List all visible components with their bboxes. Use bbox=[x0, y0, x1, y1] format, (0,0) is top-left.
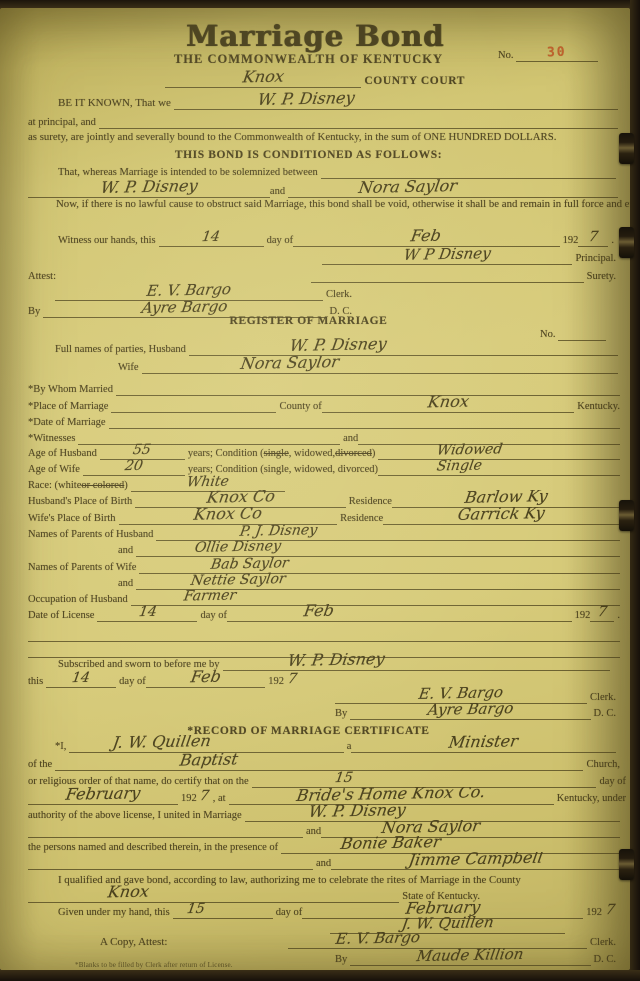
minister-name-handwritten: J. W. Quillen bbox=[111, 735, 211, 750]
husband-mother-row: and Ollie Disney bbox=[118, 539, 620, 557]
ceremony-year-handwritten: 7 bbox=[199, 789, 210, 803]
husband-residence-field: Barlow Ky bbox=[392, 490, 620, 508]
minister-name-field: J. W. Quillen bbox=[69, 735, 343, 753]
bond-year-handwritten: 7 bbox=[588, 230, 599, 244]
minister-title-handwritten: Minister bbox=[448, 735, 519, 750]
husband-father-handwritten: P. J. Disney bbox=[238, 523, 317, 539]
certificate-deputy-signature: Maude Killion bbox=[416, 948, 525, 963]
certificate-by-label: By bbox=[335, 954, 350, 966]
principal-signature: W P Disney bbox=[403, 247, 492, 262]
document-photo: Marriage Bond No. 30 THE COMMONWEALTH OF… bbox=[0, 0, 640, 981]
sworn-row: Subscribed and sworn to before me by W. … bbox=[58, 653, 610, 671]
county-court-row: Knox COUNTY COURT bbox=[165, 70, 465, 88]
principal-signature-row: W P Disney Principal. bbox=[322, 247, 616, 265]
surety-clause-row: as surety, are jointly and severally bou… bbox=[28, 126, 622, 144]
form-title: Marriage Bond bbox=[186, 19, 444, 53]
commonwealth-heading: THE COMMONWEALTH OF KENTUCKY bbox=[174, 52, 446, 68]
binder-tab bbox=[619, 227, 634, 258]
husband-mother-handwritten: Ollie Disney bbox=[194, 539, 282, 555]
ceremony-day-handwritten: 15 bbox=[334, 771, 354, 785]
register-dc-label: D. C. bbox=[591, 708, 616, 720]
wife-name-row: Wife Nora Saylor bbox=[118, 356, 618, 374]
groom-handwritten: W. P. Disney bbox=[99, 179, 198, 195]
witness-label: Witness our hands, this bbox=[58, 235, 159, 247]
denomination-field: Baptist bbox=[55, 753, 583, 771]
register-by-label: By bbox=[335, 708, 350, 720]
ceremony-place-field: Bride's Home Knox Co. bbox=[229, 787, 554, 805]
wife-father-handwritten: Bab Saylor bbox=[210, 556, 290, 572]
husband-birthplace-field: Knox Co bbox=[135, 490, 346, 508]
certificate-groom-handwritten: W. P. Disney bbox=[308, 804, 407, 819]
ceremony-month-handwritten: February bbox=[65, 787, 142, 802]
binder-tab bbox=[619, 849, 634, 880]
certify-row: or religious order of that name, do cert… bbox=[28, 770, 626, 788]
principal-name-handwritten: W. P. Disney bbox=[256, 92, 355, 107]
wife-name-handwritten: Nora Saylor bbox=[240, 356, 340, 371]
bond-clerk-signature: E. V. Bargo bbox=[146, 283, 232, 298]
witness2-row: and Jimme Campbell bbox=[28, 852, 620, 870]
witness1-handwritten: Bonie Baker bbox=[340, 836, 442, 851]
wife-label: Wife bbox=[118, 362, 142, 374]
certificate-bride-handwritten: Nora Saylor bbox=[380, 820, 480, 835]
race-handwritten: White bbox=[186, 475, 230, 490]
bond-day-field: 14 bbox=[159, 229, 264, 247]
bond-month-handwritten: Feb bbox=[410, 229, 442, 243]
sworn-year-prefix: 192 bbox=[265, 676, 284, 688]
license-period: . bbox=[614, 610, 620, 622]
given-month-handwritten: February bbox=[404, 901, 481, 916]
sworn-this-label: this bbox=[28, 676, 46, 688]
certificate-deputy-row: By Maude Killion D. C. bbox=[335, 948, 616, 966]
wife-name-field: Nora Saylor bbox=[142, 356, 618, 374]
attest-label: Attest: bbox=[28, 271, 59, 283]
given-year-prefix: 192 bbox=[583, 907, 602, 919]
full-names-label: Full names of parties, Husband bbox=[55, 344, 189, 356]
photo-edge-bottom bbox=[0, 970, 640, 981]
license-year-handwritten: 7 bbox=[597, 605, 608, 619]
given-day-handwritten: 15 bbox=[186, 902, 206, 916]
register-clerk-signature: E. V. Bargo bbox=[418, 686, 504, 701]
attest-surety-row: Attest: Surety. bbox=[28, 265, 616, 283]
commonwealth-row: THE COMMONWEALTH OF KENTUCKY bbox=[0, 50, 620, 68]
given-year-handwritten: 7 bbox=[604, 903, 615, 917]
certificate-deputy-field: Maude Killion bbox=[350, 948, 590, 966]
sworn-day-field: 14 bbox=[46, 670, 116, 688]
footnote-row: *Blanks to be filled by Clerk after retu… bbox=[75, 959, 330, 969]
license-month-handwritten: Feb bbox=[303, 604, 335, 618]
ceremony-month-field: February bbox=[28, 787, 178, 805]
license-day-handwritten: 14 bbox=[137, 605, 157, 619]
license-month-field: Feb bbox=[227, 604, 572, 622]
wife-mother-handwritten: Nettie Saylor bbox=[190, 572, 287, 588]
wife-age-handwritten: 20 bbox=[124, 459, 144, 473]
minister-signature: J. W. Quillen bbox=[400, 916, 494, 931]
marriage-county-handwritten: Knox bbox=[426, 395, 469, 409]
surety-clause-text: as surety, are jointly and severally bou… bbox=[28, 131, 559, 144]
sworn-date-row: this 14 day of Feb 192 7 bbox=[28, 670, 300, 688]
husband-age-handwritten: 55 bbox=[132, 443, 152, 457]
bond-clerk-row: E. V. Bargo Clerk. bbox=[55, 283, 352, 301]
ceremony-place-handwritten: Bride's Home Knox Co. bbox=[296, 787, 487, 803]
ceremony-year-field: 7 bbox=[197, 787, 213, 805]
be-it-known-row: BE IT KNOWN, That we W. P. Disney bbox=[58, 92, 618, 110]
witness2-name-field: Jimme Campbell bbox=[331, 852, 620, 870]
husband-mother-field: Ollie Disney bbox=[136, 539, 620, 557]
binder-tab bbox=[619, 133, 634, 164]
void-clause-text: Now, if there is no lawful cause to obst… bbox=[28, 196, 640, 213]
by-whom-row: *By Whom Married bbox=[28, 378, 620, 396]
license-day-field: 14 bbox=[97, 604, 197, 622]
sworn-day-handwritten: 14 bbox=[71, 671, 91, 685]
principal-name-field: W. P. Disney bbox=[174, 92, 618, 110]
certificate-dc-label: D. C. bbox=[591, 954, 616, 966]
given-label: Given under my hand, this bbox=[58, 907, 173, 919]
marriage-bond-form: Marriage Bond No. 30 THE COMMONWEALTH OF… bbox=[0, 8, 630, 970]
photo-edge-top bbox=[0, 0, 640, 8]
occupation-handwritten: Farmer bbox=[183, 588, 237, 603]
footnote-text: *Blanks to be filled by Clerk after retu… bbox=[75, 961, 233, 969]
wife-birthplace-handwritten: Knox Co bbox=[193, 507, 263, 522]
register-heading-row: REGISTER OF MARRIAGE bbox=[0, 310, 620, 328]
license-label: Date of License bbox=[28, 610, 97, 622]
county-court-label: COUNTY COURT bbox=[361, 75, 465, 88]
minister-row: *I, J. W. Quillen a Minister bbox=[55, 735, 616, 753]
husband-birth-row: Husband's Place of Birth Knox Co Residen… bbox=[28, 490, 620, 508]
principal-label: Principal. bbox=[572, 253, 616, 265]
solemnized-row: That, whereas Marriage is intended to be… bbox=[58, 161, 616, 179]
bond-month-field: Feb bbox=[293, 229, 560, 247]
certificate-i-label: *I, bbox=[55, 741, 69, 753]
husband-name-handwritten: W. P. Disney bbox=[289, 338, 388, 353]
license-year-field: 7 bbox=[590, 604, 614, 622]
principal-signature-field: W P Disney bbox=[322, 247, 572, 265]
bond-day-handwritten: 14 bbox=[201, 230, 221, 244]
register-heading: REGISTER OF MARRIAGE bbox=[230, 315, 391, 328]
given-day-of-label: day of bbox=[273, 907, 303, 919]
witness-hands-row: Witness our hands, this 14 day of Feb 19… bbox=[58, 229, 614, 247]
sworn-month-field: Feb bbox=[146, 670, 266, 688]
denomination-row: of the Baptist Church, bbox=[28, 753, 620, 771]
ceremony-date-place-row: February 192 7 , at Bride's Home Knox Co… bbox=[28, 787, 626, 805]
county-field: Knox bbox=[165, 70, 361, 88]
wife-condition-handwritten: Single bbox=[435, 459, 482, 474]
sworn-year-field: 7 bbox=[284, 670, 300, 688]
sworn-name-handwritten: W. P. Disney bbox=[287, 653, 386, 668]
register-deputy-field: Ayre Bargo bbox=[350, 702, 590, 720]
copy-attest-label: A Copy, Attest: bbox=[100, 936, 170, 949]
certificate-clerk-signature: E. V. Bargo bbox=[335, 931, 421, 946]
binder-tab bbox=[619, 500, 634, 531]
husband-condition-handwritten: Widowed bbox=[435, 442, 503, 457]
certificate-county-handwritten: Knox bbox=[107, 885, 150, 899]
husband-birthplace-handwritten: Knox Co bbox=[205, 490, 275, 505]
husband-residence-handwritten: Barlow Ky bbox=[464, 490, 549, 505]
license-year-prefix: 192 bbox=[572, 610, 591, 622]
witness2-handwritten: Jimme Campbell bbox=[407, 852, 543, 867]
sworn-name-field: W. P. Disney bbox=[223, 653, 610, 671]
conditioned-heading-row: THIS BOND IS CONDITIONED AS FOLLOWS: bbox=[0, 144, 620, 162]
bond-clerk-field: E. V. Bargo bbox=[55, 283, 323, 301]
ceremony-day-field: 15 bbox=[252, 770, 597, 788]
copy-attest-row: A Copy, Attest: E. V. Bargo Clerk. bbox=[100, 931, 616, 949]
certificate-clerk-field: E. V. Bargo bbox=[288, 931, 587, 949]
period: . bbox=[608, 235, 614, 247]
wife-residence-handwritten: Garrick Ky bbox=[457, 507, 546, 522]
sworn-day-of-label: day of bbox=[116, 676, 146, 688]
wife-condition-field: Single bbox=[378, 458, 620, 476]
sworn-year-handwritten: 7 bbox=[286, 672, 297, 686]
license-row: Date of License 14 day of Feb 192 7 . bbox=[28, 604, 620, 622]
register-deputy-row: By Ayre Bargo D. C. bbox=[335, 702, 616, 720]
void-clause-row: Now, if there is no lawful cause to obst… bbox=[28, 196, 622, 232]
license-day-of-label: day of bbox=[197, 610, 227, 622]
bride-handwritten: Nora Saylor bbox=[358, 179, 458, 195]
minister-title-field: Minister bbox=[351, 735, 616, 753]
a-label: a bbox=[344, 741, 352, 753]
given-year-field: 7 bbox=[602, 901, 618, 919]
denomination-handwritten: Baptist bbox=[179, 753, 239, 768]
husband-name-field: W. P. Disney bbox=[189, 338, 618, 356]
be-it-known-label: BE IT KNOWN, That we bbox=[58, 97, 174, 110]
parties-row: W. P. Disney and Nora Saylor bbox=[28, 178, 618, 198]
given-day-field: 15 bbox=[173, 901, 273, 919]
year-prefix: 192 bbox=[560, 235, 579, 247]
county-handwritten: Knox bbox=[242, 70, 285, 84]
sworn-month-handwritten: Feb bbox=[189, 670, 221, 684]
bond-year-field: 7 bbox=[578, 229, 608, 247]
day-of-label: day of bbox=[264, 235, 294, 247]
register-deputy-signature: Ayre Bargo bbox=[427, 702, 515, 717]
surety-label: Surety. bbox=[584, 271, 616, 283]
full-names-row: Full names of parties, Husband W. P. Dis… bbox=[55, 338, 618, 356]
